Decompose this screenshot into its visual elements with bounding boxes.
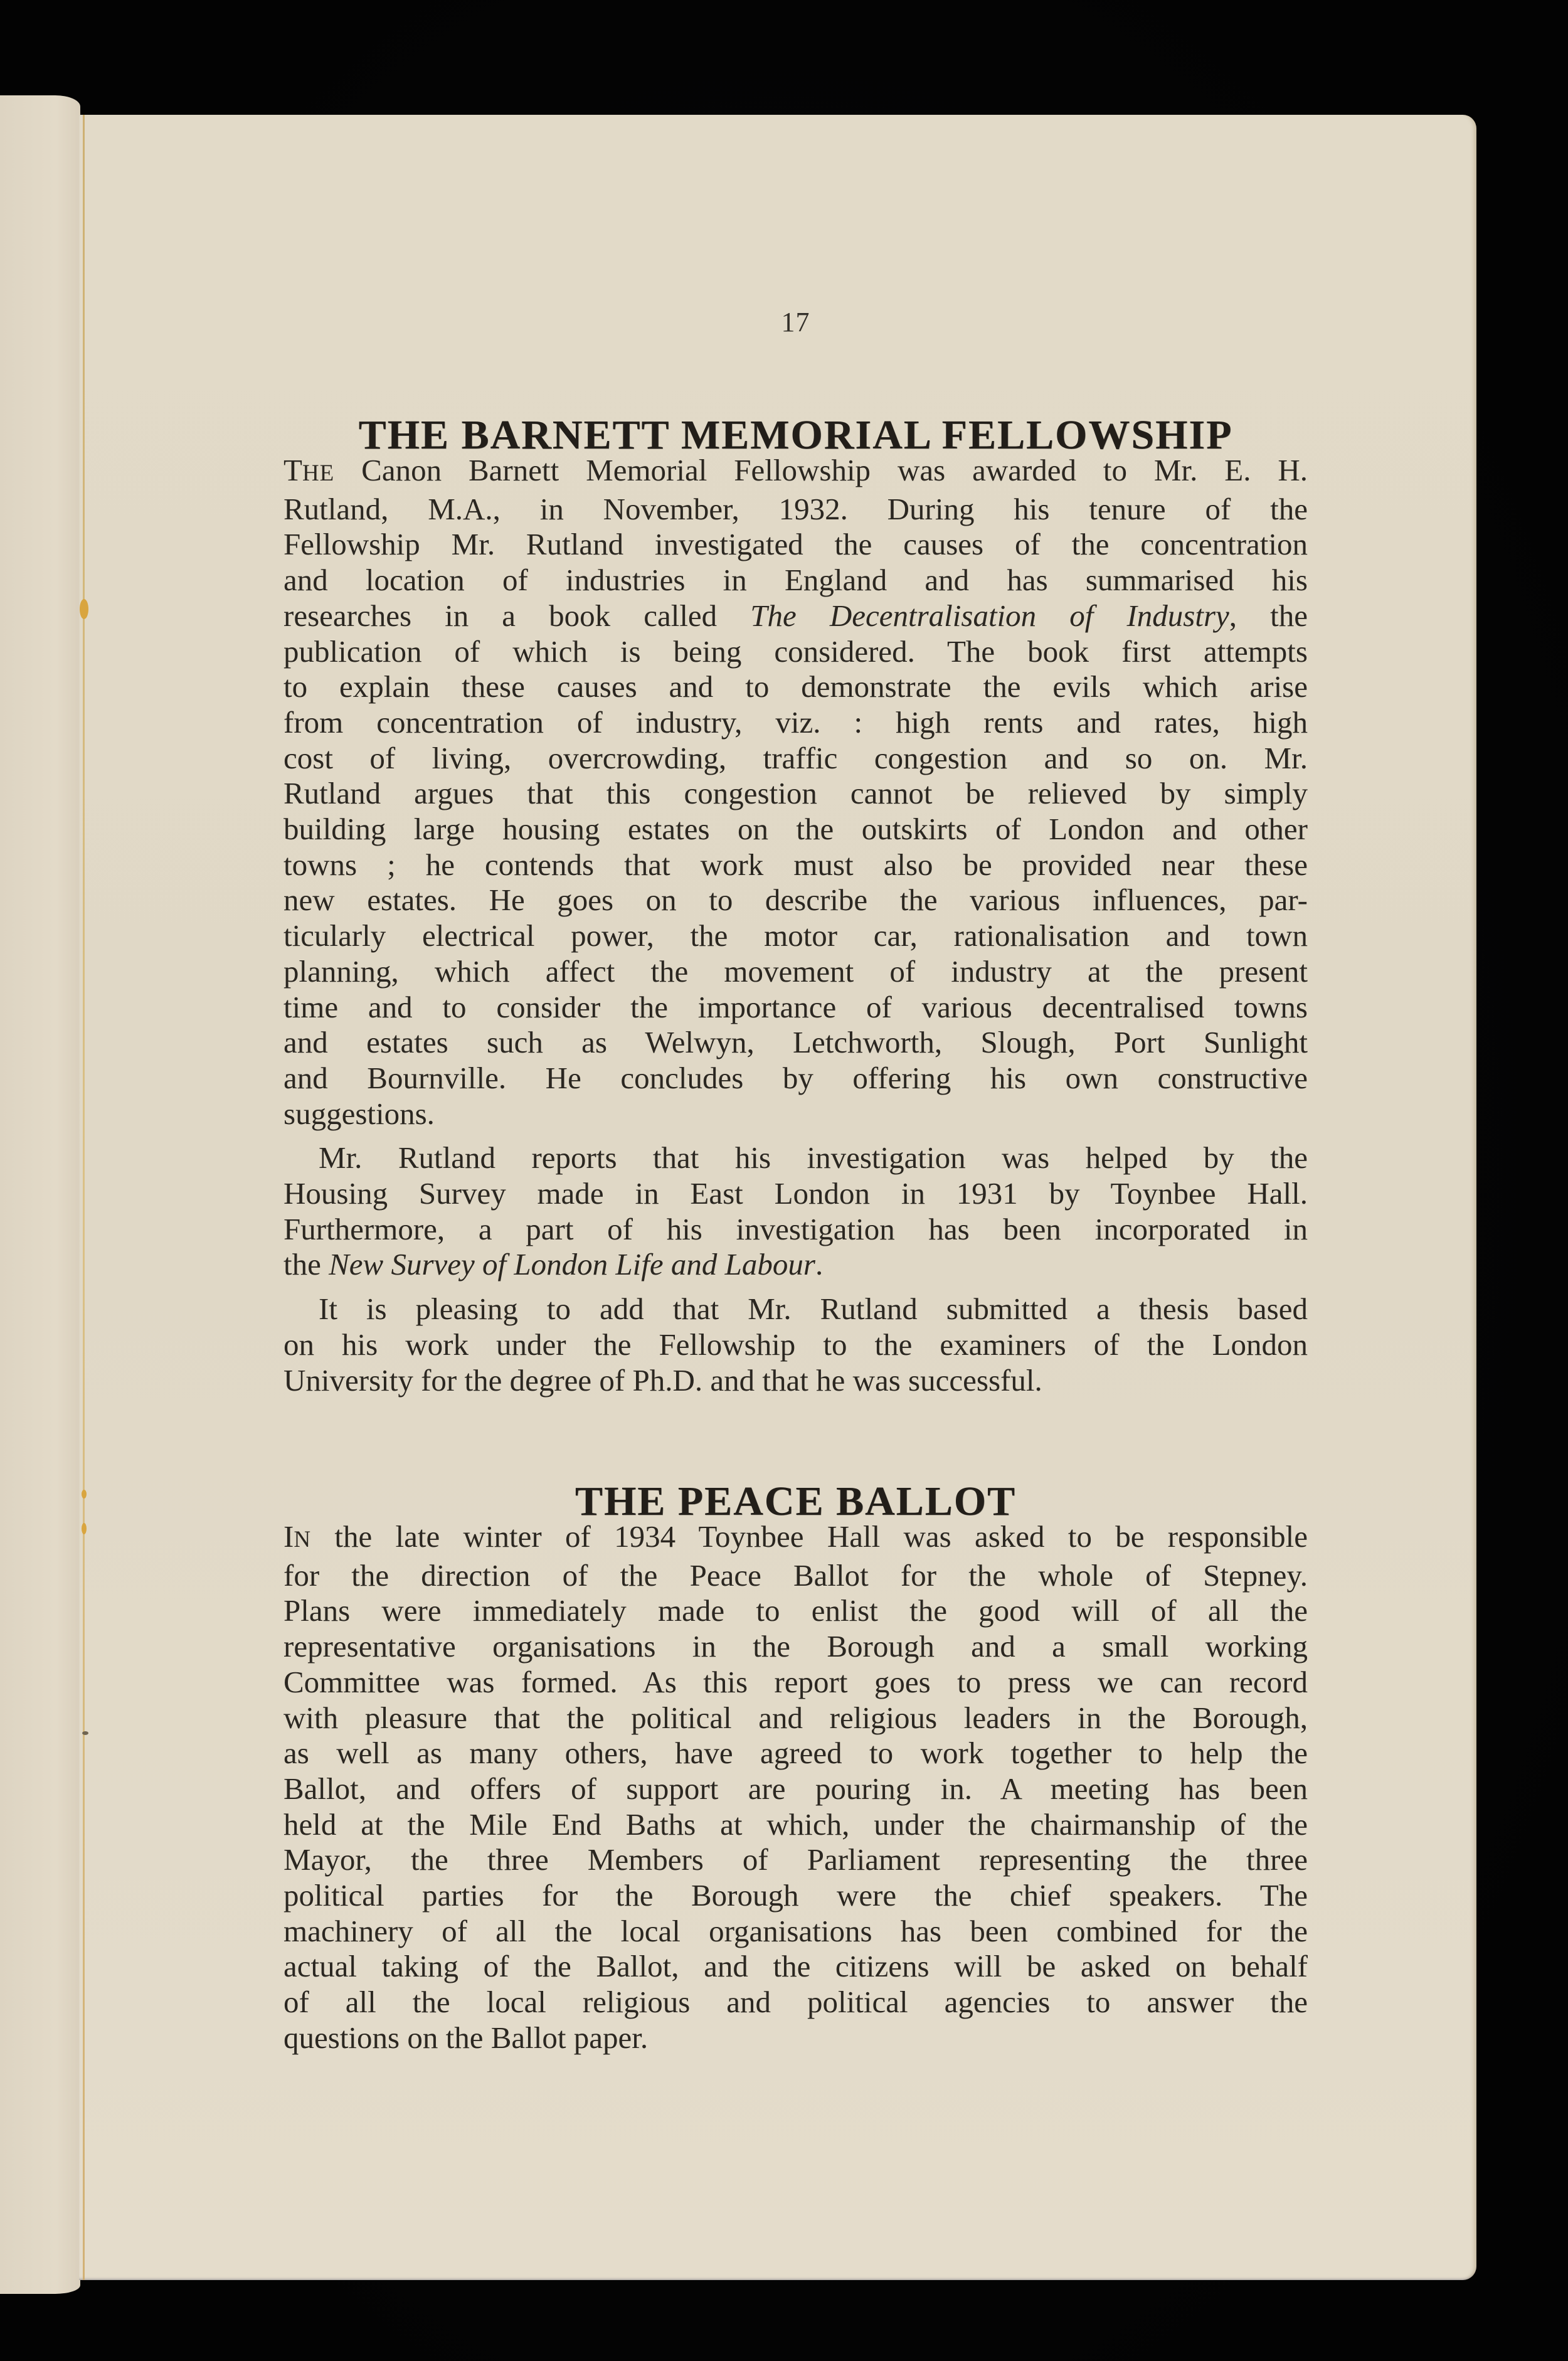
text-line-content: , the: [1229, 598, 1308, 633]
text-line: questions on the Ballot paper.: [283, 2020, 1308, 2056]
text-line: Housing Survey made in East London in 19…: [283, 1176, 1308, 1212]
text-line: It is pleasing to add that Mr. Rutland s…: [283, 1292, 1308, 1327]
section-heading-barnett-fellowship: THE BARNETT MEMORIAL FELLOWSHIP: [283, 415, 1308, 456]
text-line: IN the late winter of 1934 Toynbee Hall …: [283, 1519, 1308, 1558]
section-body-peace-ballot: IN the late winter of 1934 Toynbee Hall …: [283, 1519, 1308, 2056]
page-number: 17: [283, 306, 1308, 338]
smallcaps-lead: HE: [302, 460, 334, 486]
text-line: University for the degree of Ph.D. and t…: [283, 1363, 1308, 1399]
survey-title-italic: New Survey of London Life and Labour: [329, 1247, 815, 1281]
text-line: Plans were immediately made to enlist th…: [283, 1593, 1308, 1629]
smallcaps-lead: N: [294, 1527, 311, 1552]
text-line: researches in a book called The Decentra…: [283, 598, 1308, 634]
text-line: the New Survey of London Life and Labour…: [283, 1247, 1308, 1283]
text-line: suggestions.: [283, 1096, 1308, 1132]
facing-page-edge: [0, 95, 80, 2294]
section-body-barnett-fellowship: THE Canon Barnett Memorial Fellowship wa…: [283, 453, 1308, 1398]
text-line: planning, which affect the movement of i…: [283, 954, 1308, 990]
text-line: and location of industries in England an…: [283, 563, 1308, 598]
paragraph-housing-survey: Mr. Rutland reports that his investigati…: [283, 1140, 1308, 1283]
text-line-content: Canon Barnett Memorial Fellowship was aw…: [334, 453, 1308, 487]
smallcaps-lead: T: [283, 453, 302, 487]
paragraph-peace-ballot: IN the late winter of 1934 Toynbee Hall …: [283, 1519, 1308, 2056]
paragraph-fellowship-award: THE Canon Barnett Memorial Fellowship wa…: [283, 453, 1308, 1132]
text-line: as well as many others, have agreed to w…: [283, 1736, 1308, 1771]
book-title-italic: The Decentralisation of Industry: [750, 598, 1229, 633]
smallcaps-lead: I: [283, 1519, 294, 1554]
text-line: cost of living, overcrowding, traffic co…: [283, 741, 1308, 777]
text-line: of all the local religious and political…: [283, 1985, 1308, 2020]
text-line: on his work under the Fellowship to the …: [283, 1327, 1308, 1363]
text-line: representative organisations in the Boro…: [283, 1629, 1308, 1665]
text-line-content: .: [815, 1247, 823, 1281]
text-line: with pleasure that the political and rel…: [283, 1700, 1308, 1736]
text-line: Fellowship Mr. Rutland investigated the …: [283, 527, 1308, 563]
text-line: publication of which is being considered…: [283, 634, 1308, 670]
text-line: Rutland argues that this congestion cann…: [283, 776, 1308, 812]
text-line-content: the: [283, 1247, 329, 1281]
text-line: ticularly electrical power, the motor ca…: [283, 918, 1308, 954]
binding-thread-mark: [80, 599, 88, 619]
text-line: to explain these causes and to demonstra…: [283, 669, 1308, 705]
binding-thread-mark: [82, 1731, 88, 1735]
paragraph-thesis: It is pleasing to add that Mr. Rutland s…: [283, 1292, 1308, 1398]
text-line: Rutland, M.A., in November, 1932. During…: [283, 492, 1308, 528]
text-line: building large housing estates on the ou…: [283, 812, 1308, 847]
text-line: time and to consider the importance of v…: [283, 990, 1308, 1026]
text-line: actual taking of the Ballot, and the cit…: [283, 1949, 1308, 1985]
text-line: THE Canon Barnett Memorial Fellowship wa…: [283, 453, 1308, 492]
text-line: for the direction of the Peace Ballot fo…: [283, 1558, 1308, 1594]
text-line-content: the late winter of 1934 Toynbee Hall was…: [311, 1519, 1308, 1554]
text-line: and Bournville. He concludes by offering…: [283, 1061, 1308, 1096]
section-heading-peace-ballot: THE PEACE BALLOT: [283, 1481, 1308, 1522]
text-line: machinery of all the local organisations…: [283, 1914, 1308, 1950]
text-line: Furthermore, a part of his investigation…: [283, 1212, 1308, 1248]
text-line: from concentration of industry, viz. : h…: [283, 705, 1308, 741]
text-line: political parties for the Borough were t…: [283, 1878, 1308, 1914]
text-line: Ballot, and offers of support are pourin…: [283, 1771, 1308, 1807]
text-line: held at the Mile End Baths at which, und…: [283, 1807, 1308, 1843]
text-line-content: researches in a book called: [283, 598, 750, 633]
text-line: and estates such as Welwyn, Letchworth, …: [283, 1025, 1308, 1061]
text-line: new estates. He goes on to describe the …: [283, 883, 1308, 918]
text-line: Mayor, the three Members of Parliament r…: [283, 1842, 1308, 1878]
text-line: Mr. Rutland reports that his investigati…: [283, 1140, 1308, 1176]
text-line: Committee was formed. As this report goe…: [283, 1665, 1308, 1700]
page-gutter: [83, 115, 85, 2280]
text-line: towns ; he contends that work must also …: [283, 847, 1308, 883]
binding-thread-mark: [82, 1490, 87, 1499]
binding-thread-mark: [82, 1523, 87, 1534]
